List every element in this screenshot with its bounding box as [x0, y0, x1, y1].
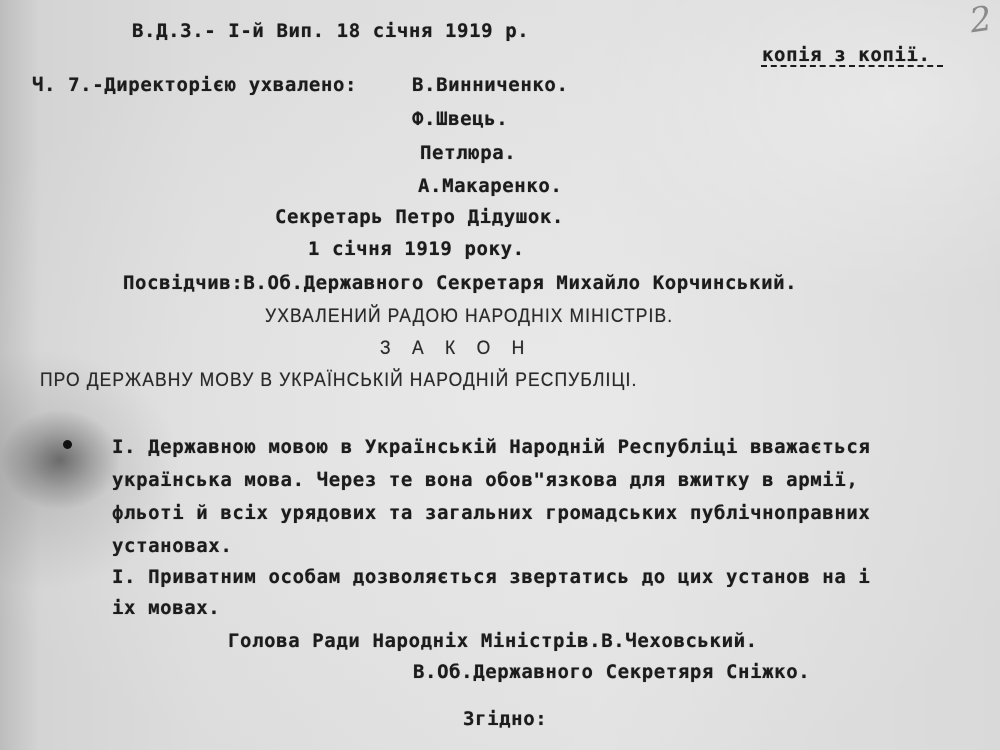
copy-note: копія з копії.: [762, 44, 931, 66]
article-1-line-4: установах.: [112, 535, 232, 557]
secretary-line: Секретарь Петро Дідушок.: [275, 206, 564, 228]
certified-line: Посвідчив:В.Об.Державного Секретаря Миха…: [123, 272, 797, 294]
article-2-line-2: іх мовах.: [112, 597, 220, 619]
ink-blot: [63, 440, 72, 449]
signatory-petliura: Петлюра.: [420, 142, 516, 164]
law-title: З А К О Н: [380, 338, 533, 360]
chairman-signature: Голова Ради Народніх Міністрів.В.Чеховсь…: [228, 630, 758, 652]
article-1-line-1: І. Державною мовою в Українській Народні…: [112, 436, 870, 458]
signatory-makarenko: А.Макаренко.: [418, 175, 562, 197]
article-1-line-3: фльоті й всіх урядових та загальних гром…: [112, 502, 870, 524]
law-subtitle: ПРО ДЕРЖАВНУ МОВУ В УКРАЇНСЬКІЙ НАРОДНІЙ…: [40, 370, 637, 392]
copy-note-underline: [761, 65, 943, 67]
signatory-vynnychenko: В.Винниченко.: [412, 74, 569, 96]
article-1-line-2: українська мова. Через те вона обов"язко…: [112, 469, 858, 491]
scanned-document-page: 2 В.Д.З.- І-й Вип. 18 січня 1919 р. копі…: [0, 0, 1000, 750]
conformity-note: Згідно:: [463, 708, 547, 730]
date-line: 1 січня 1919 року.: [308, 238, 525, 260]
approval-intro: Ч. 7.-Директорією ухвалено:: [32, 74, 357, 96]
signatory-shvets: Ф.Швець.: [412, 108, 508, 130]
state-secretary-signature: В.Об.Державного Секретяря Сніжко.: [413, 661, 810, 683]
adopted-by-heading: УХВАЛЕНИЙ РАДОЮ НАРОДНІХ МІНІСТРІВ.: [265, 306, 673, 328]
handwritten-page-number: 2: [968, 0, 995, 41]
header-reference: В.Д.З.- І-й Вип. 18 січня 1919 р.: [132, 20, 529, 42]
article-2-line-1: І. Приватним особам дозволяється звертат…: [112, 566, 870, 588]
